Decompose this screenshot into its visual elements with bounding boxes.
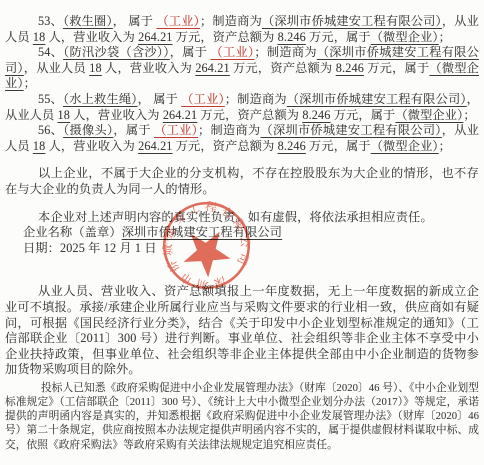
text-run: 18 [33,30,46,44]
text-run: （微型企业） [395,108,463,122]
text-run: 人，营业收入为 [70,108,163,122]
text-run: 以上企业，不属于大企业的分支机构，不存在控股股东为大企业的情形，也不存在与大企业… [5,166,479,196]
text-run: （微型企业） [371,139,439,153]
text-run: 深圳市侨城建安工程有限公司 [122,225,282,239]
text-run: 万元，属于 [364,61,429,75]
text-run: 8.246 [302,108,330,122]
text-run: ， 属于 [138,92,182,106]
text-run: （防汛沙袋（含沙）） [63,45,170,59]
text-run: （工业） [156,14,200,28]
closing-statement-1: 以上企业，不属于大企业的分支机构，不存在控股股东为大企业的情形，也不存在与大企业… [5,166,479,197]
text-run: （深圳市侨城建安工程有限公司） [287,92,467,106]
date-line: 日期：2025 年 12 月 1 日 [5,241,479,257]
text-run: （水上救生绳） [63,92,138,106]
text-run: 8.246 [336,61,364,75]
text-run: 264.21 [195,61,229,75]
text-run: 万元，属于 [306,30,371,44]
text-run: 万元，资产总额为 [173,30,278,44]
text-run: 56、 [38,123,63,137]
text-run: 18 [33,139,46,153]
text-run: 54、 [38,45,63,59]
text-run: （深圳市侨城建安工程有限公司） [260,123,441,137]
text-run: 万元，资产总额为 [197,108,302,122]
text-run: 从业人员、营业收入、资产总额填报上一年度数据，无上一年度数据的新成立企业可不填报… [5,284,479,376]
text-run: ，属于 [113,123,154,137]
text-run: ，属于 [170,45,211,59]
text-run: 万元，属于 [306,139,371,153]
text-run: 万元，资产总额为 [173,139,278,153]
text-run: 人，营业收入为 [102,61,196,75]
legal-note-paragraph: 投标人已知悉《政府采购促进中小企业发展管理办法》（财库〔2020〕46 号）、《… [5,381,479,452]
text-run: （微型企业） [371,30,439,44]
text-run: （摄像头） [63,123,113,137]
text-run: ； [439,30,451,44]
text-run: ，从业人员 [24,61,89,75]
text-run: ；制造商为 [198,123,260,137]
text-run: （深圳市侨城建安工程有限公司） [262,14,442,28]
text-run: （工业） [181,92,225,106]
text-run: 8.246 [278,30,306,44]
text-run: 企业名称（盖章） [23,225,122,239]
text-run: ， 属于 [113,14,157,28]
text-run: 人，营业收入为 [45,139,138,153]
text-run: 264.21 [163,108,197,122]
item-paragraph-53: 53、（救生圈）， 属于 （工业）；制造商为（深圳市侨城建安工程有限公司），从业… [5,14,479,45]
text-run: 18 [89,61,102,75]
item-paragraph-54: 54、（防汛沙袋（含沙）），属于 （工业）；制造商为（深圳市侨城建安工程有限公司… [5,45,479,92]
text-run: 264.21 [138,139,172,153]
text-run: （救生圈） [63,14,113,28]
closing-statement-2: 本企业对上述声明内容的真实性负责。如有虚假，将依法承担相应责任。 [5,210,479,226]
text-run: （工业） [154,123,198,137]
text-run: ；制造商为 [200,14,262,28]
text-run: 55、 [38,92,63,106]
text-run: 8.246 [278,139,306,153]
declaration-document-page: 53、（救生圈）， 属于 （工业）；制造商为（深圳市侨城建安工程有限公司），从业… [0,0,484,465]
company-name-line: 企业名称（盖章）深圳市侨城建安工程有限公司 [5,225,479,241]
text-run: 53、 [38,14,63,28]
text-run: 人，营业收入为 [45,30,138,44]
text-run: 本企业对上述声明内容的真实性负责。如有虚假，将依法承担相应责任。 [38,210,433,224]
text-run: ； [24,76,36,90]
text-run: ；制造商为 [225,92,287,106]
text-run: 万元，资产总额为 [230,61,336,75]
text-run: 日期：2025 年 12 月 1 日 [23,241,157,255]
text-run: ； [463,108,475,122]
text-run: ；制造商为 [254,45,316,59]
item-paragraph-55: 55、（水上救生绳）， 属于 （工业）；制造商为（深圳市侨城建安工程有限公司），… [5,92,479,123]
text-run: ； [439,139,451,153]
item-paragraph-56: 56、（摄像头），属于 （工业）；制造商为（深圳市侨城建安工程有限公司），从业人… [5,123,479,154]
text-run: （工业） [211,45,255,59]
text-run: 万元，属于 [331,108,396,122]
text-run: 264.21 [138,30,172,44]
note-paragraph: 从业人员、营业收入、资产总额填报上一年度数据，无上一年度数据的新成立企业可不填报… [5,284,479,378]
text-run: 18 [58,108,71,122]
text-run: 投标人已知悉《政府采购促进中小企业发展管理办法》（财库〔2020〕46 号）、《… [5,382,479,451]
